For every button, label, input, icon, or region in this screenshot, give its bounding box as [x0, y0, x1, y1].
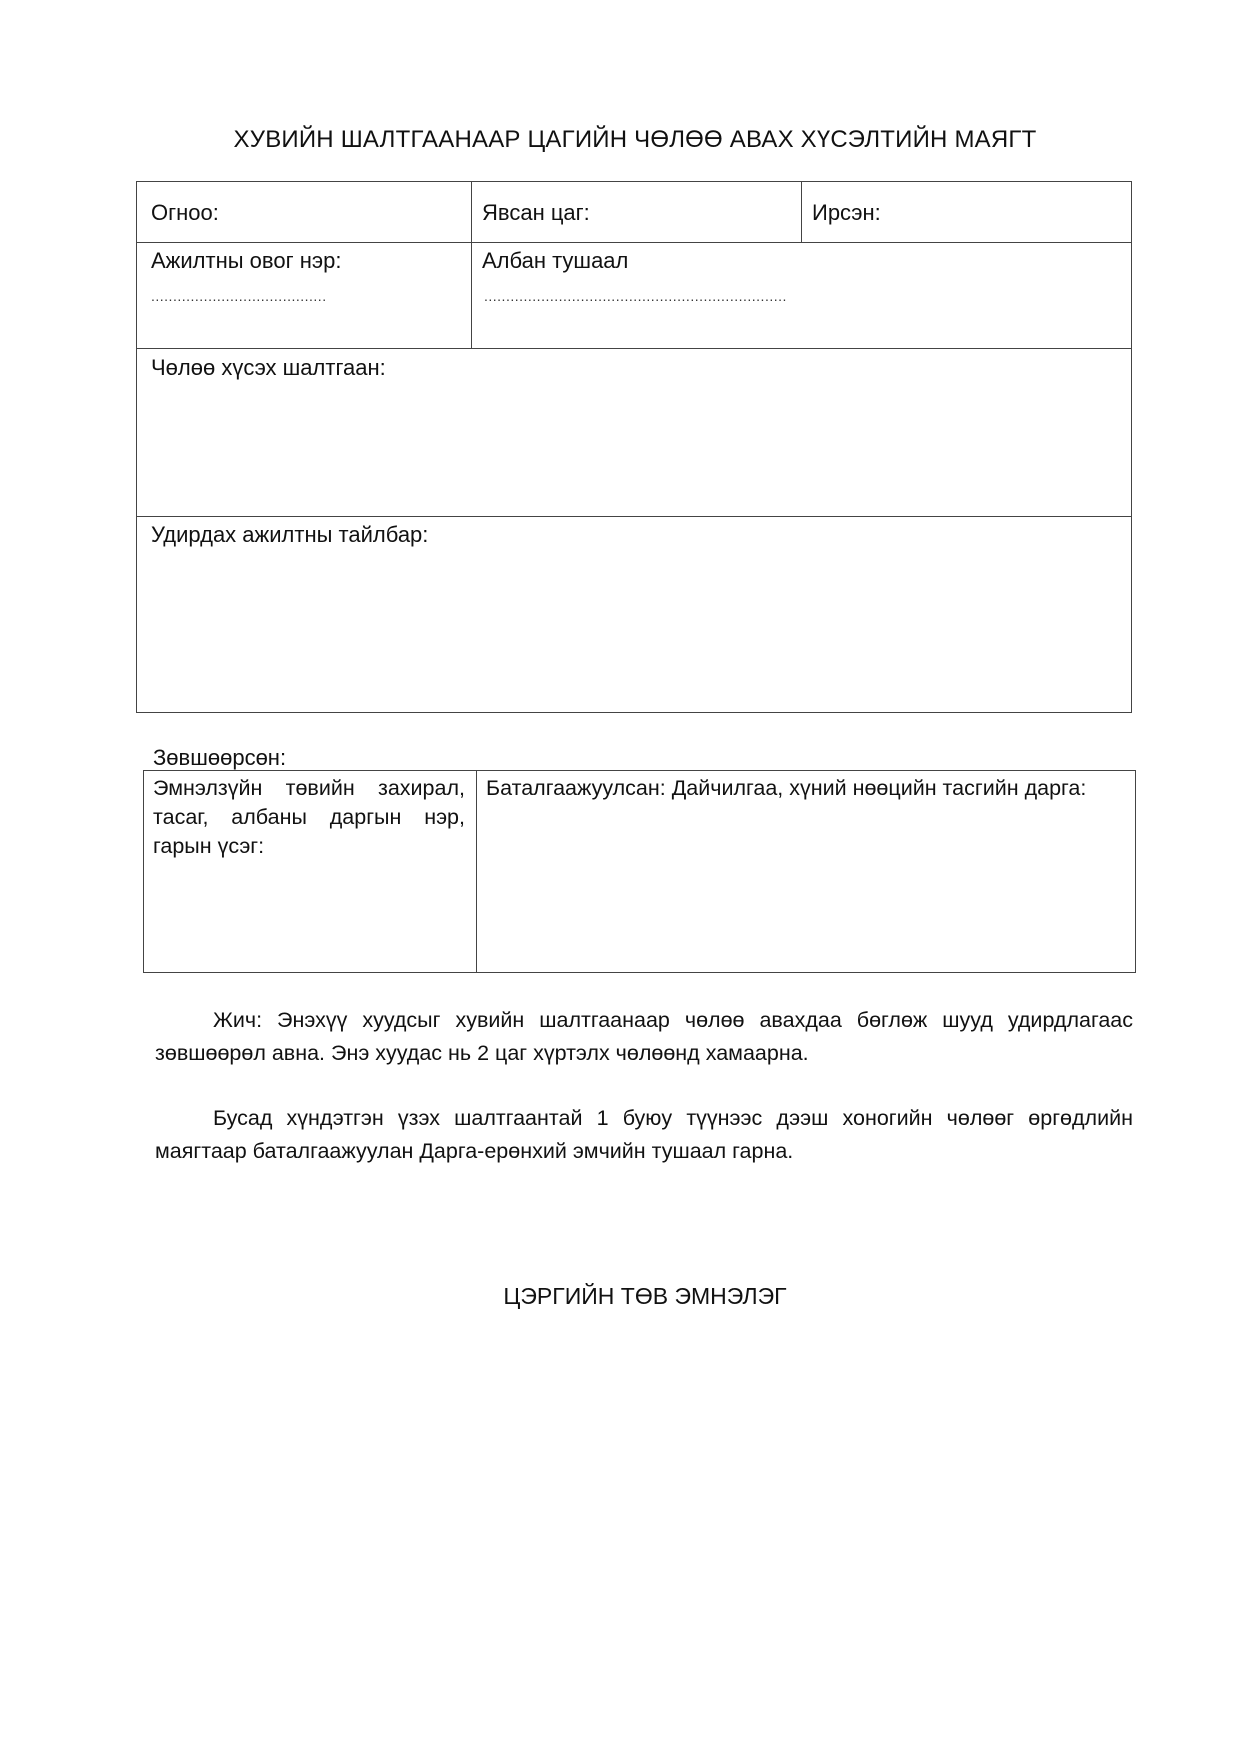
note-paragraph: Бусад хүндэтгэн үзэх шалтгаантай 1 буюу … [155, 1102, 1133, 1168]
note-paragraph: Жич: Энэхүү хуудсыг хувийн шалтгаанаар ч… [155, 1004, 1133, 1070]
employee-name-fill-line[interactable]: ........................................ [151, 288, 436, 304]
form-title: ХУВИЙН ШАЛТГААНААР ЦАГИЙН ЧӨЛӨӨ АВАХ ХҮС… [0, 126, 1240, 154]
column-divider [471, 181, 472, 348]
organization-name: ЦЭРГИЙН ТӨВ ЭМНЭЛЭГ [0, 1283, 1240, 1310]
return-time-field-label[interactable]: Ирсэн: [812, 200, 881, 226]
column-divider [801, 181, 802, 242]
row-divider [136, 516, 1132, 517]
position-field-label[interactable]: Албан тушаал [482, 248, 628, 274]
date-field-label[interactable]: Огноо: [151, 200, 219, 226]
row-divider [136, 348, 1132, 349]
departure-time-field-label[interactable]: Явсан цаг: [482, 200, 590, 226]
department-head-signature-cell[interactable]: Эмнэлзүйн төвийн захирал, тасаг, албаны … [153, 774, 465, 861]
manager-comment-field-label[interactable]: Удирдах ажилтны тайлбар: [151, 522, 428, 548]
row-divider [136, 242, 1132, 243]
position-fill-line[interactable]: ........................................… [484, 288, 956, 304]
employee-name-field-label[interactable]: Ажилтны овог нэр: [151, 248, 341, 274]
hr-head-confirmation-cell[interactable]: Баталгаажуулсан: Дайчилгаа, хүний нөөций… [486, 774, 1126, 803]
leave-reason-field-label[interactable]: Чөлөө хүсэх шалтгаан: [151, 355, 386, 381]
column-divider [476, 770, 477, 973]
approval-heading: Зөвшөөрсөн: [153, 745, 286, 771]
